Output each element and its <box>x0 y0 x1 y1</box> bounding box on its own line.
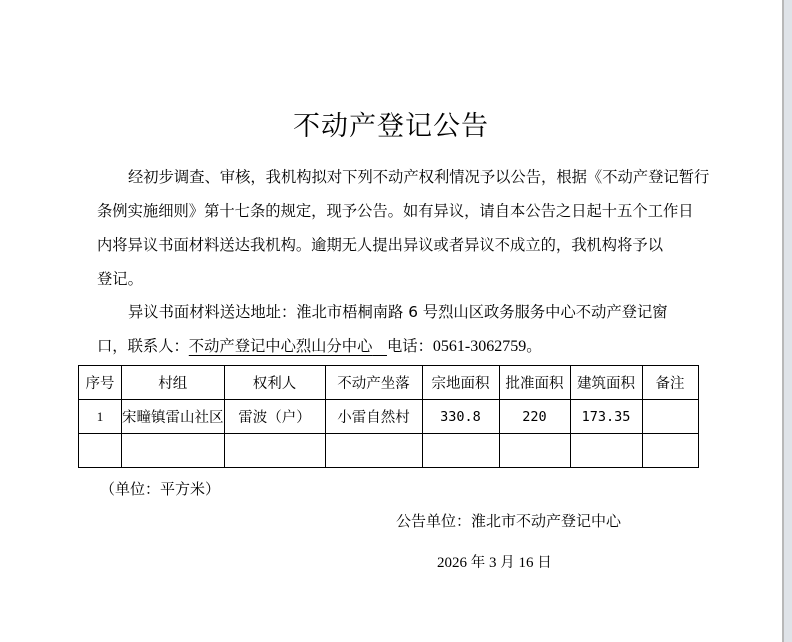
cell-location: 小雷自然村 <box>325 400 422 434</box>
table-header-row: 序号 村组 权利人 不动产坐落 宗地面积 批准面积 建筑面积 备注 <box>79 366 699 400</box>
table-row <box>79 434 699 468</box>
cell-land-area <box>422 434 499 468</box>
cell-village <box>122 434 225 468</box>
contact-name: 不动产登记中心烈山分中心 <box>189 337 387 355</box>
cell-seq <box>79 434 122 468</box>
objection-address-paragraph: 异议书面材料送达地址：淮北市梧桐南路 6 号烈山区政务服务中心不动产登记窗 口，… <box>97 295 697 363</box>
table-row: 1 宋疃镇雷山社区 雷波（户） 小雷自然村 330.8 220 173.35 <box>79 400 699 434</box>
cell-seq: 1 <box>79 400 122 434</box>
cell-building-area: 173.35 <box>570 400 642 434</box>
notice-date: 2026 年 3 月 16 日 <box>437 551 552 572</box>
date-day: 16 <box>519 555 534 571</box>
paragraph-line: 登记。 <box>97 262 697 296</box>
header-cell-remarks: 备注 <box>642 366 698 400</box>
header-cell-land-area: 宗地面积 <box>422 366 499 400</box>
paragraph-line: 条例实施细则》第十七条的规定，现予公告。如有异议，请自本公告之日起十五个工作日 <box>97 194 697 228</box>
cell-village: 宋疃镇雷山社区 <box>122 400 225 434</box>
phone-number: 0561-3062759 <box>433 338 526 355</box>
paragraph-line: 内将异议书面材料送达我机构。逾期无人提出异议或者异议不成立的，我机构将予以 <box>97 228 697 262</box>
page-title: 不动产登记公告 <box>0 104 782 143</box>
header-cell-village: 村组 <box>122 366 225 400</box>
issuer-line: 公告单位：淮北市不动产登记中心 <box>396 510 621 531</box>
cell-location <box>325 434 422 468</box>
unit-note: （单位：平方米） <box>100 478 220 499</box>
document-page: 不动产登记公告 经初步调查、审核，我机构拟对下列不动产权利情况予以公告，根据《不… <box>0 0 784 642</box>
cell-land-area: 330.8 <box>422 400 499 434</box>
cell-approved-area <box>499 434 570 468</box>
cell-approved-area: 220 <box>499 400 570 434</box>
cell-owner: 雷波（户） <box>224 400 325 434</box>
header-cell-building-area: 建筑面积 <box>570 366 642 400</box>
viewer-side-scrollbar-strip[interactable] <box>784 0 792 642</box>
header-cell-approved-area: 批准面积 <box>499 366 570 400</box>
header-cell-owner: 权利人 <box>224 366 325 400</box>
notice-paragraph: 经初步调查、审核，我机构拟对下列不动产权利情况予以公告，根据《不动产登记暂行 条… <box>97 160 697 296</box>
contact-label: 口，联系人： <box>97 337 189 355</box>
date-year: 2026 <box>437 555 467 571</box>
header-cell-seq: 序号 <box>79 366 122 400</box>
phone-suffix: 。 <box>526 337 541 355</box>
address-line: 异议书面材料送达地址：淮北市梧桐南路 6 号烈山区政务服务中心不动产登记窗 <box>97 295 697 329</box>
phone-label: 电话： <box>387 337 433 355</box>
property-table: 序号 村组 权利人 不动产坐落 宗地面积 批准面积 建筑面积 备注 1 宋疃镇雷… <box>78 365 699 468</box>
paragraph-line: 经初步调查、审核，我机构拟对下列不动产权利情况予以公告，根据《不动产登记暂行 <box>97 160 697 194</box>
cell-building-area <box>570 434 642 468</box>
cell-owner <box>224 434 325 468</box>
header-cell-location: 不动产坐落 <box>325 366 422 400</box>
cell-remarks <box>642 400 698 434</box>
contact-line: 口，联系人：不动产登记中心烈山分中心 电话：0561-3062759。 <box>97 329 697 363</box>
cell-remarks <box>642 434 698 468</box>
date-month: 3 <box>489 555 497 571</box>
